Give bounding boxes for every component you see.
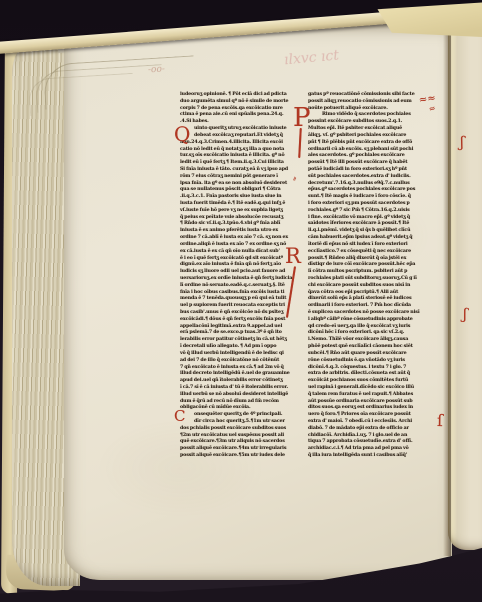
text-line: possit aliqʒ reuocatio cōmissionis ad eu… — [308, 99, 432, 106]
initial-R-respondeo: R — [285, 246, 301, 267]
text-line: possit aliquē excōicare.¶5m utr iudex de… — [180, 453, 304, 460]
text-line: phōē potest qnē exclīalīci cāonem hoc si… — [308, 344, 432, 351]
text-line: i foro exteriori sʒ pm possūt sacerdotes… — [308, 201, 432, 208]
text-column-left: iudeoruʒ opinionē. ¶ Pōt eciā dici ad pd… — [180, 92, 304, 460]
text-line: rochiales.gº 7 sic Pm̄ ¶ Cōtra.16.q.2.ui… — [308, 208, 432, 215]
text-line: iī cōtra multos pscriptum. psbiteri aūt … — [308, 269, 432, 276]
text-line: uersarioruʒ.ex ordīe iniusta ē qn̄ fertʒ… — [180, 276, 304, 283]
text-line: rōm 7 eius cōtraʒ nemini pōt generare ī — [180, 174, 304, 181]
text-line: ad dei 7 de illo q̄ excōicatōne nō cōtēn… — [180, 358, 304, 365]
text-line: onsequēter queritʒ de 4º principali. — [180, 412, 304, 419]
text-line: iudicis sʒ liuore odii uel pcio.aut fauo… — [180, 269, 304, 276]
text-line: āliqʒ. vſ. gº psbiteri pochiales excōica… — [308, 133, 432, 140]
text-line: debeat excōicaʒ reputari.Et videtʒ q̄ — [180, 133, 304, 140]
text-line: ītoriē dī ep̄us nō sit iudex ī foro exte… — [308, 242, 432, 249]
text-column-right: gatus pº reuocatiōnē cōmissionis sibi fa… — [308, 92, 432, 460]
text-line: q̄ talem rem furatus ē uel rapuit.¶ Abba… — [308, 392, 432, 399]
text-line: gatus pº reuocatiōnē cōmissionis sibi fa… — [308, 92, 432, 99]
text-line: uero q̄ foro.¶ Priores oīa excōicare pos… — [308, 412, 432, 419]
text-line: excōicāt pochianos suos cōmitētes furtū — [308, 378, 432, 385]
margin-paraph-low: ſ — [437, 413, 443, 429]
text-line: chi excōicare possūt subditos suos nisī … — [308, 283, 432, 290]
text-line: ī cā.7 sī ē cā iniusta d' tū ē itolerabi… — [180, 385, 304, 392]
text-line: duo argumēta simul qº nō ē simile de mor… — [180, 99, 304, 106]
text-line: apud dei.uel qn̄ ītolerabilis error cōti… — [180, 378, 304, 385]
text-line: .ii.q.3.c.1. Fnīa pastoris siue iusta si… — [180, 194, 304, 201]
text-line: diabō. 7 de mādato ep̄i extra de officio… — [308, 426, 432, 433]
text-line: dīr circa hoc queritʒ.5.¶1m utr sacer — [180, 419, 304, 426]
text-line: vſ.iuste fuīe hō pere vʒ ne ex supbia li… — [180, 208, 304, 215]
text-line: illud uerbū se nō absoluī desideret inte… — [180, 392, 304, 399]
text-line: iusta fuerit timēda ē.¶ Itē eadē.q.qui i… — [180, 201, 304, 208]
photograph-of-open-incunabulum: iudeoruʒ opinionē. ¶ Pōt eciā dici ad pd… — [0, 0, 482, 602]
text-line: sunt.¶ Itē magis ē iudicare ī foro cōscī… — [308, 194, 432, 201]
text-line: ordinarii i foro exteriori. 7 Pm̄ hoc dī… — [308, 303, 432, 310]
text-line: excōicādi.¶ dōus ē qn̄ fertʒ excōis fnīa… — [180, 317, 304, 324]
text-line: ē suplicea sacerdotes nō posse excōicare… — [308, 310, 432, 317]
text-line: ledit eū ī quē fertʒ ¶ Item.ii.q.3.Cui i… — [180, 160, 304, 167]
initial-C-consequenter: C — [174, 409, 185, 424]
text-line: extra d' maioī. 7 obedī.cū i ecclesīis. … — [308, 419, 432, 426]
line-filler-squiggle-2: ≈ — [428, 104, 437, 114]
text-line: lī ordine nō seruato.eadē.q.c.seruatʒ.§.… — [180, 283, 304, 290]
text-line: Si fnīa iniusta ē tāto. curatʒ eā n̄ vʒ … — [180, 167, 304, 174]
text-line: ecclīastico.7 ex cōsequēti q̄ nec excōic… — [308, 249, 432, 256]
margin-paraph-mid: ʃ — [462, 307, 468, 322]
text-line: ordine 7 cā.ablī ē iusta ex aīo 7 cā. sʒ… — [180, 235, 304, 242]
text-line: q̄ illa iura intelligēda sunt i casibus … — [308, 453, 432, 460]
text-line: pn̄t ¶ Itē plēbis pn̄t excōicare extra d… — [308, 140, 432, 147]
initial-Q-quinto: Q — [174, 124, 190, 144]
text-line: vō q̄ illud uerbū intelligendū ē de ledi… — [180, 351, 304, 358]
margin-paraph-top: ʃ — [459, 135, 465, 150]
text-line: rōne cōsuetudinis ē.qa vn̄otādo vʒ iuris — [308, 358, 432, 365]
text-line: i aliqbº cāibº rōne cōsuetudinis approba… — [308, 317, 432, 324]
text-line: dos pchialis possit excōicare subditos s… — [180, 426, 304, 433]
text-line: subcēi.¶ Rn̄o aūt quare possīt excōicare — [308, 351, 432, 358]
text-line: uel rapinā i generali.dīcēdo sic excōico… — [308, 385, 432, 392]
text-line: uel p supiorem fuerit reuocata exceptis … — [180, 303, 304, 310]
text-line: uinto queritʒ utruʒ excōicatio iniuste — [180, 126, 304, 133]
text-line: sūt pochiales sacerdotes.extra d' iudici… — [308, 174, 432, 181]
faint-oo-mark: -oo- — [148, 65, 165, 76]
initial-P-primo: P — [293, 105, 311, 131]
text-line: non.24.q.3.Crimen.4.illicita. Illicita e… — [180, 140, 304, 147]
faint-folio-inscription: ılxvc ıct — [283, 48, 339, 69]
text-line: rochiales plati sūt subditoruʒ suoruʒ.Cū… — [308, 276, 432, 283]
text-line: possūt ¶ Itē illi possūt excōicare q̄ ha… — [308, 160, 432, 167]
text-line: potāē iudicādi in foro exteriori.sʒ hº p… — [308, 167, 432, 174]
text-line: iudeoruʒ opinionē. ¶ Pōt eciā dici ad pd… — [180, 92, 304, 99]
text-line: ī decretali ulīo allegato. ¶ Ad pm ī opp… — [180, 344, 304, 351]
text-line: cām habuerit.ep̄m ipsius adeat.gº videtʒ… — [308, 235, 432, 242]
text-line: Multos ep̄i. Itē psbiter excōicat aliquē — [308, 126, 432, 133]
text-layer: iudeoruʒ opinionē. ¶ Pōt eciā dici ad pd… — [0, 0, 482, 602]
